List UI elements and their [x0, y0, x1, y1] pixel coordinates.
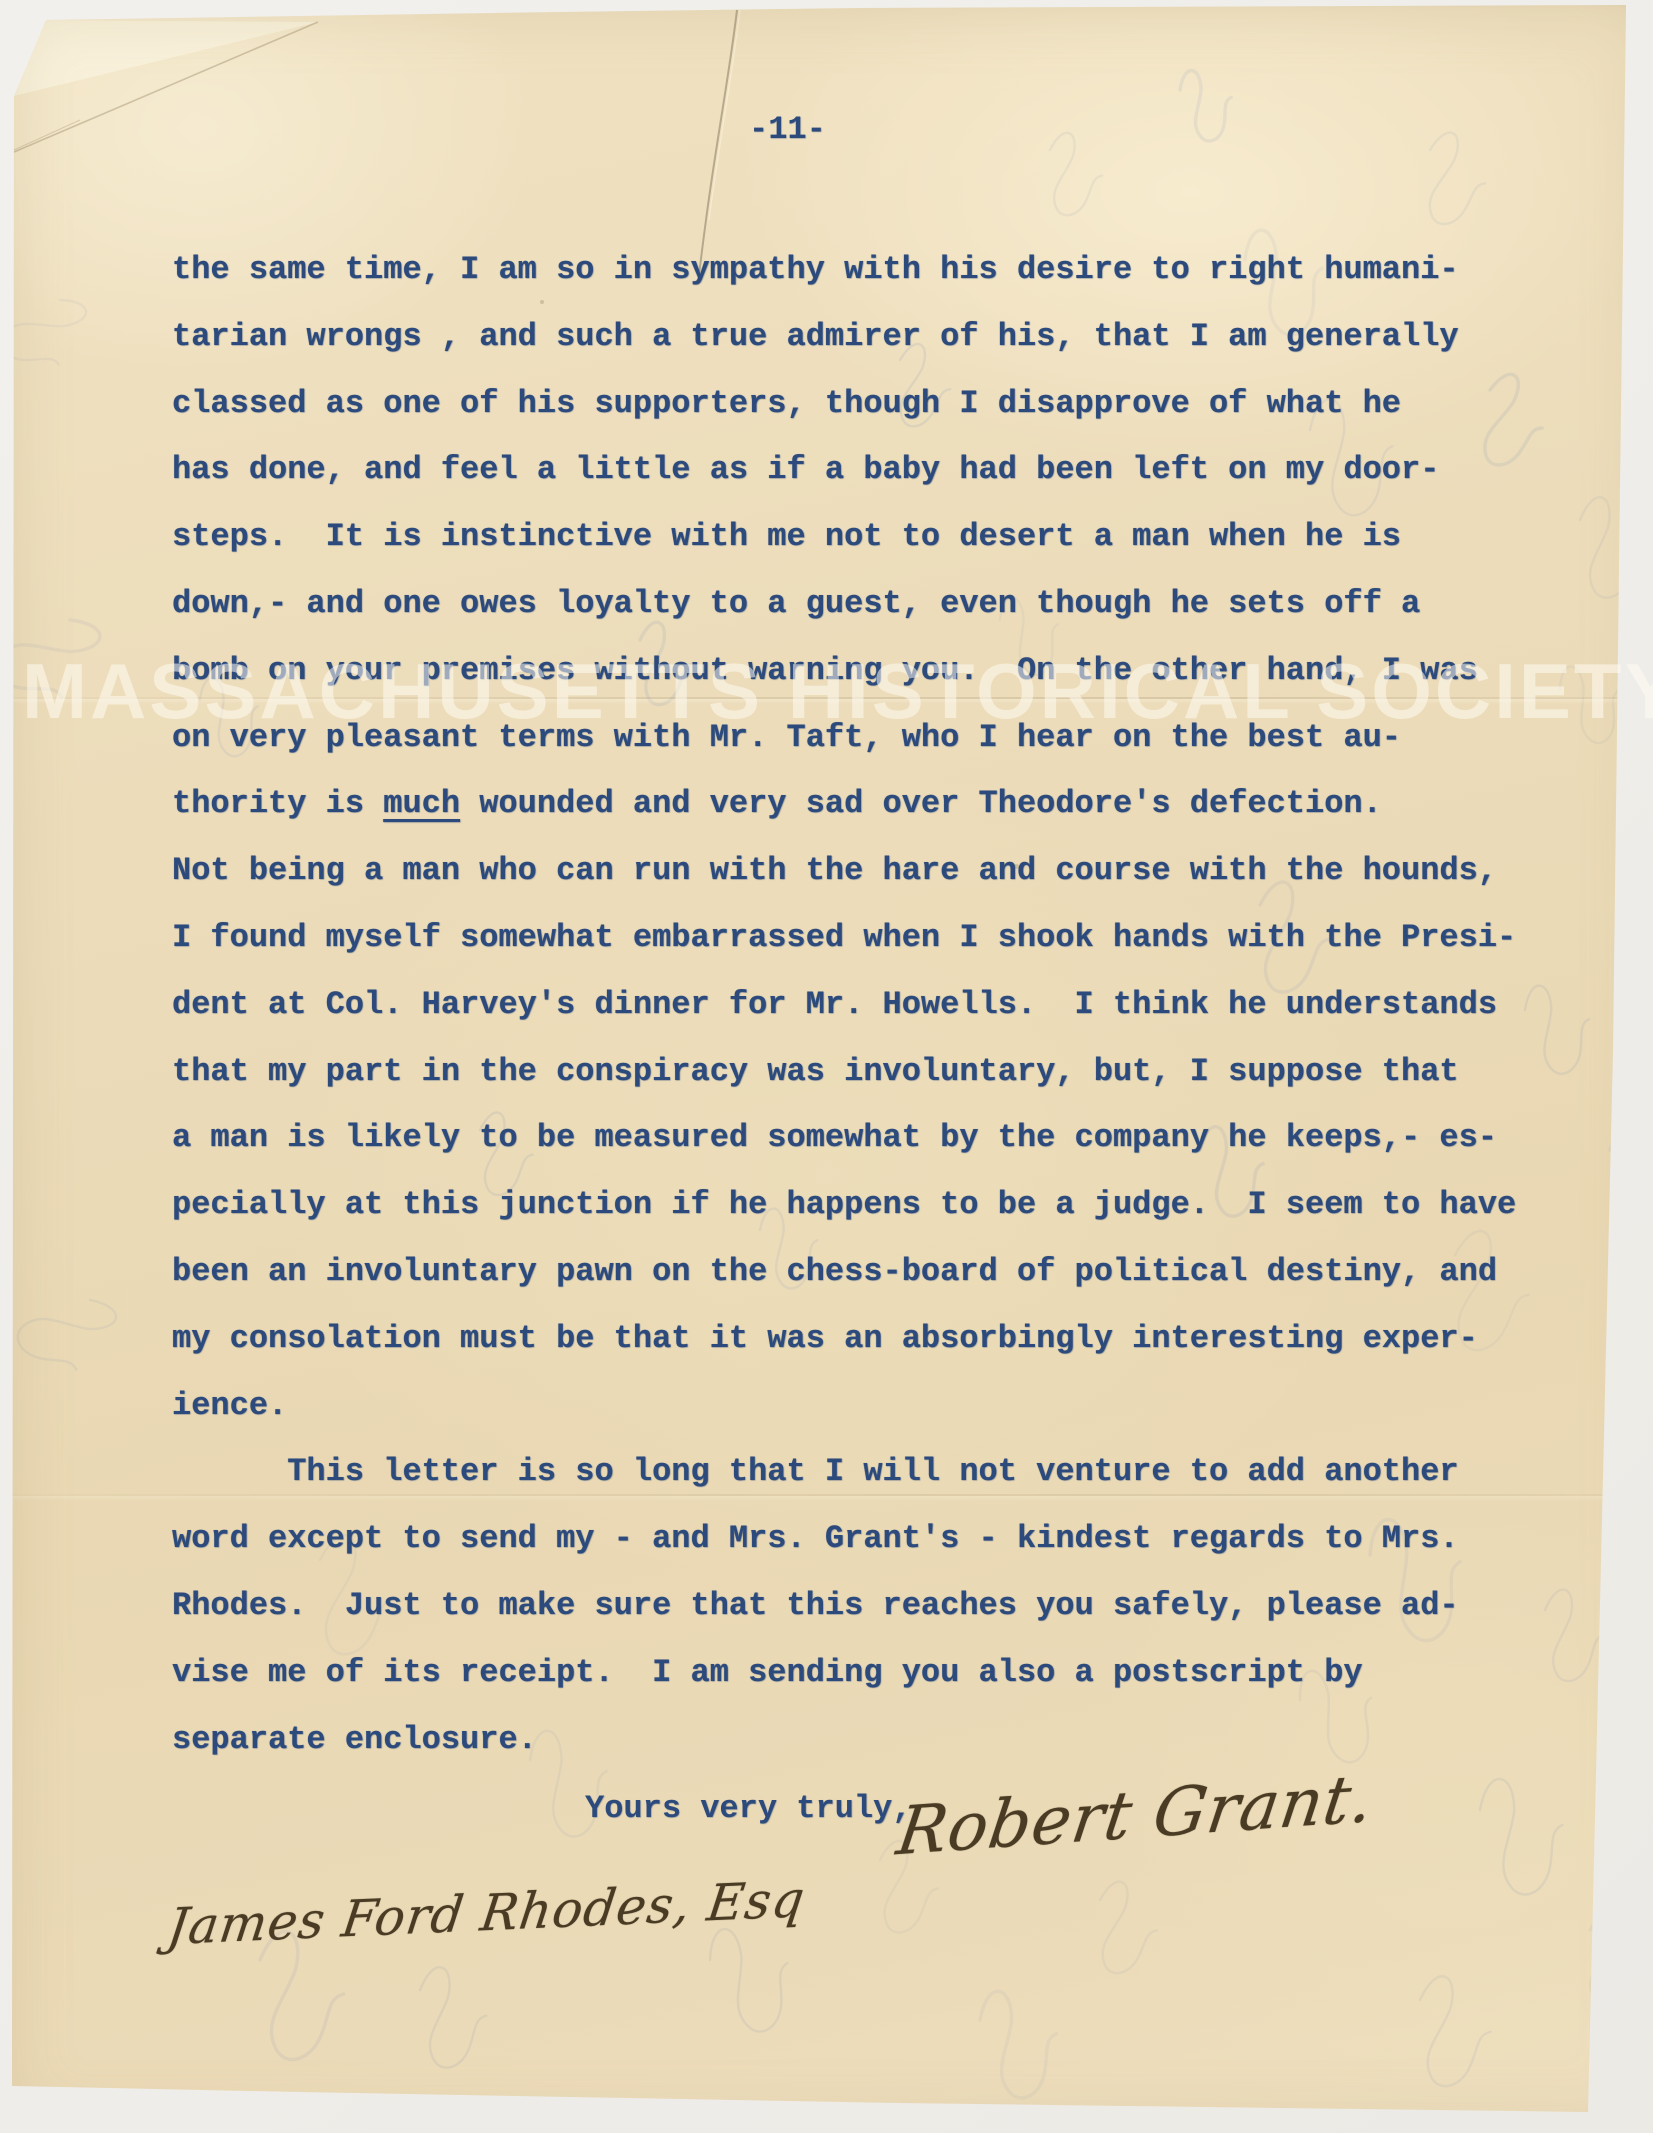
ghost-handwriting-stroke	[0, 615, 109, 707]
fold-crease-lower	[0, 1494, 1653, 1501]
ghost-handwriting-stroke	[1412, 129, 1495, 233]
typed-line: Rhodes. Just to make sure that this reac…	[172, 1587, 1459, 1624]
ghost-handwriting-stroke	[1573, 1908, 1653, 2011]
scanned-letter-background: -11- the same time, I am so in sympathy …	[0, 0, 1653, 2133]
ghost-handwriting-stroke	[1538, 1588, 1609, 1685]
typed-line: on very pleasant terms with Mr. Taft, wh…	[172, 719, 1401, 756]
ghost-handwriting-stroke	[1522, 979, 1596, 1077]
ghost-handwriting-stroke	[704, 1916, 802, 2039]
ghost-handwriting-stroke	[1610, 1128, 1653, 1219]
corner-fold-crease-minor	[14, 120, 80, 150]
typed-line: I found myself somewhat embarrassed when…	[172, 919, 1516, 956]
ghost-handwriting-stroke	[1467, 369, 1556, 475]
ghost-handwriting-stroke	[1477, 1773, 1569, 1898]
ghost-handwriting-stroke	[1039, 130, 1108, 220]
ghost-handwriting-stroke	[15, 1298, 120, 1375]
typed-line: classed as one of his supporters, though…	[172, 385, 1401, 422]
letter-page: -11- the same time, I am so in sympathy …	[0, 0, 1653, 2133]
typed-line: dent at Col. Harvey's dinner for Mr. How…	[172, 986, 1497, 1023]
corner-fold-crease	[14, 22, 318, 152]
typed-line: ience.	[172, 1387, 287, 1424]
typed-line: the same time, I am so in sympathy with …	[172, 251, 1459, 288]
ghost-handwriting-stroke	[1409, 1974, 1498, 2092]
ghost-handwriting-stroke	[1555, 656, 1630, 749]
typed-line: Not being a man who can run with the har…	[172, 852, 1497, 889]
ghost-handwriting-stroke	[0, 294, 97, 377]
ghost-handwriting-stroke	[1178, 66, 1237, 145]
typed-line: that my part in the conspiracy was invol…	[172, 1053, 1459, 1090]
typed-line: down,- and one owes loyalty to a guest, …	[172, 585, 1420, 622]
underlined-word: much	[383, 785, 460, 822]
typed-line: This letter is so long that I will not v…	[172, 1453, 1459, 1490]
ghost-handwriting-stroke	[1573, 496, 1650, 601]
page-number: -11-	[749, 111, 826, 148]
typed-line: separate enclosure.	[172, 1721, 537, 1758]
typed-line: my consolation must be that it was an ab…	[172, 1320, 1478, 1357]
paper-crease-top	[698, 10, 737, 284]
typed-line: has done, and feel a little as if a baby…	[172, 451, 1439, 488]
ghost-handwriting-stroke	[413, 1966, 490, 2071]
paper-speck	[540, 300, 544, 304]
recipient-name-handwritten: James Ford Rhodes, Esq	[164, 1870, 809, 1956]
typed-line: steps. It is instinctive with me not to …	[172, 518, 1401, 555]
typed-line: pecially at this junction if he happens …	[172, 1186, 1516, 1223]
typed-line: word except to send my - and Mrs. Grant'…	[172, 1520, 1459, 1557]
typed-line: bomb on your premises without warning yo…	[172, 652, 1478, 689]
ghost-handwriting-stroke	[1086, 1878, 1165, 1979]
robert-grant-signature: Robert Grant.	[893, 1759, 1379, 1870]
folded-corner-top-left	[14, 20, 318, 96]
typed-line: thority is much wounded and very sad ove…	[172, 785, 1382, 822]
closing-valediction: Yours very truly,	[585, 1790, 911, 1827]
typed-line: a man is likely to be measured somewhat …	[172, 1119, 1497, 1156]
typed-line: vise me of its receipt. I am sending you…	[172, 1654, 1363, 1691]
typed-line: been an involuntary pawn on the chess-bo…	[172, 1253, 1497, 1290]
fold-crease-upper	[0, 697, 1653, 704]
paper-crease-top-highlight	[709, 10, 740, 220]
typed-line: tarian wrongs , and such a true admirer …	[172, 318, 1459, 355]
ghost-handwriting-stroke	[977, 1986, 1062, 2102]
